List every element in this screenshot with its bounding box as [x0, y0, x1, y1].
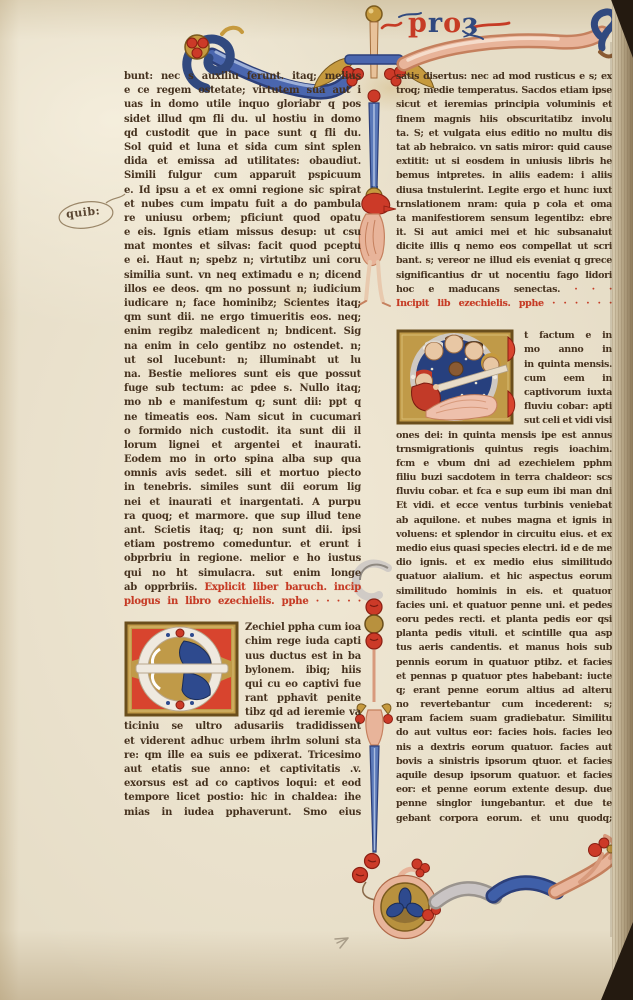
text-line: o formido nich custodit. ita sunt dii il: [124, 425, 361, 439]
text-line: Simili fulgur cum apparuit pspicuum: [124, 169, 361, 183]
text-line: chim rege iuda capti: [245, 635, 361, 649]
running-title: proȝ: [408, 8, 480, 39]
text-line: diusa tnstulerint. Legite ergo et hunc i…: [396, 184, 612, 198]
text-line: hoc e maducans senectas. · · ·: [396, 283, 612, 297]
left-column-main-text: bunt: nec s auxiliu ferunt. itaq; melius…: [124, 70, 361, 609]
text-line: similia sunt. vn neq extimadu e n; dicen…: [124, 269, 361, 283]
text-line: tibz qd ad ieremie va: [245, 706, 361, 720]
text-line: medio eius quasi species electri. id e d…: [396, 542, 612, 556]
text-line: aquile desup ipsorum quatuor. et facies: [396, 769, 612, 783]
text-line: dio ignis. et ex medio eius similitudo: [396, 556, 612, 570]
text-line: et pennas p quatuor ptes habebant: iucte: [396, 670, 612, 684]
text-line: ra quoq; et marmore. que sup illud tene: [124, 510, 361, 524]
text-line: et nubes cum impatu fuit a do pambula: [124, 198, 361, 212]
text-line: na. Bestie meliores sunt eis que possut: [124, 368, 361, 382]
drollery-figure-icon: [359, 186, 396, 306]
book-page-edge: [612, 0, 633, 1000]
text-line: rant pphavit penite: [245, 692, 361, 706]
text-line: et viderent adhuc urbem ihrlm soluni sta: [124, 735, 361, 749]
text-line: voluens: et splendor in circuitu eius. e…: [396, 528, 612, 542]
text-line: e. Id ipsu a et ex omni regione sic spir…: [124, 184, 361, 198]
text-line: sut celi et vidi visi: [524, 414, 612, 428]
text-line: ant. Scietis itaq; q; non sunt dii. ipsi: [124, 524, 361, 538]
text-line: quatuor aialium. et hic aspectus eorum: [396, 570, 612, 584]
text-line: it. Si aut amici mei et hic subsanaiut: [396, 226, 612, 240]
text-line: bovis a sinistris ipsorum qtuor. et faci…: [396, 755, 612, 769]
text-line: fcm e vbum dni ad ezechielem pphm: [396, 457, 612, 471]
text-line: tempore licet postio: hic in chaldea: ih…: [124, 791, 361, 805]
text-line: trnslationem nram: quia p cola et oma: [396, 198, 612, 212]
text-line: ticiniu se ultro adusariis tradidissent: [124, 720, 361, 734]
running-title-letter: p: [408, 8, 428, 39]
text-line: ut sol lucebunt: n; illuminabt ut lu: [124, 354, 361, 368]
text-line: uas in domo utile inquo gloriabr q pos: [124, 98, 361, 112]
text-line: captivorum iuxta: [524, 386, 612, 400]
text-line: aut etatis sue anno: et captivitatis .v.: [124, 763, 361, 777]
left-column-lower-text: ticiniu se ultro adusariis tradidissente…: [124, 720, 361, 819]
running-title-letter: o: [443, 8, 462, 39]
text-line: uus ductus est in ba: [245, 650, 361, 664]
text-line: t factum e in tricesi: [524, 329, 612, 343]
text-line: qm sunt dii. ne ergo timueritis eos. neq…: [124, 311, 361, 325]
historiated-initial-E-ezekiel: [396, 329, 518, 425]
text-line: lorum lignei et argentei et inaurati.: [124, 439, 361, 453]
text-line: ab opprbriis. Explicit liber baruch. inc…: [124, 581, 361, 595]
text-line: obprbriu in regione. melior e ho iustus: [124, 552, 361, 566]
text-line: ta manifestiorem sensum legentibz: ebre: [396, 212, 612, 226]
text-line: sicut et ieremias principia voluminis et: [396, 98, 612, 112]
text-line: troq; medie temperatus. Sacdos etiam ips…: [396, 84, 612, 98]
text-line: illos ee deos. qm no possunt n; iudicium: [124, 283, 361, 297]
bottom-acanthus-icon: [335, 836, 631, 948]
text-line: extitit: ut si eosdem in uniusis libris …: [396, 155, 612, 169]
text-line: bant. s; vereor ne illud eis eveniat q g…: [396, 254, 612, 268]
text-line: satis disertus: nec ad mod rusticus e s;…: [396, 70, 612, 84]
right-column-main-text: satis disertus: nec ad mod rusticus e s;…: [396, 70, 612, 311]
text-line: tus aeris candentis. et manus hois sub: [396, 641, 612, 655]
text-line: re uniusu orbem; pficiunt quod opatu: [124, 212, 361, 226]
text-line: facies uni. et quatuor penne uni. et ped…: [396, 599, 612, 613]
text-line: qram faciem suam gradiebatur. Similitu: [396, 712, 612, 726]
running-title-letter: ȝ: [462, 8, 479, 39]
text-line: qd custodit que in pace sunt q fli du.: [124, 127, 361, 141]
text-line: mo anno in quarto: [524, 343, 612, 357]
text-line: finem magnis hiis obscuritatibz involu: [396, 113, 612, 127]
text-line: planta pedis vituli. et scintille qua as…: [396, 627, 612, 641]
text-line: fluviu cobar: apti: [524, 400, 612, 414]
prologue-initial-block: Zechiel ppha cum ioachim rege iuda capti…: [124, 621, 361, 720]
text-line: do aut vultus eor: facies hois. facies l…: [396, 726, 612, 740]
text-line: nei et inaurati et inargentati. A purpu: [124, 496, 361, 510]
text-line: bemus intpretes. in aliis eadem: i aliis: [396, 169, 612, 183]
text-line: Zechiel ppha cum ioa: [245, 621, 361, 635]
text-line: Incipit lib ezechielis. pphe · · · · · ·: [396, 297, 612, 311]
text-line: tat ab hebraico. vn satis miror: quid ca…: [396, 141, 612, 155]
text-line: re: qm ille ea suis ee pdixerat. Tricesi…: [124, 749, 361, 763]
text-line: eor: et penne eorum extente desup. due: [396, 783, 612, 797]
text-line: mat montes et silvas: facit quod pceptu: [124, 240, 361, 254]
text-line: e ei. Haut n; spebz n; virtutibz uni cor…: [124, 254, 361, 268]
text-line: ne timeatis eos. Nam sicut in cucumari: [124, 411, 361, 425]
text-line: pennis eorum in quatuor ptibz. et facies: [396, 656, 612, 670]
text-line: e eis. Ignis etiam missus desup: ut csu: [124, 226, 361, 240]
text-line: filiu buzi sacdotem in terra chaldeor: s…: [396, 471, 612, 485]
text-line: sidet illud qm fli du. ul hostiu in domo: [124, 113, 361, 127]
text-line: bunt: nec s auxiliu ferunt. itaq; melius: [124, 70, 361, 84]
text-line: ab aquilone. et nubes magna et ignis in: [396, 514, 612, 528]
text-line: gebant corpora eorum. et unu quodq;: [396, 812, 612, 826]
text-line: mias in iudea pphaverunt. Smo eius: [124, 806, 361, 820]
text-line: cum eem in medio: [524, 372, 612, 386]
text-line: penne singlor iungebantur. et due te: [396, 797, 612, 811]
text-line: plogus in libro ezechielis. pphe · · · ·…: [124, 595, 361, 609]
right-text-column: satis disertus: nec ad mod rusticus e s;…: [396, 70, 612, 826]
manuscript-page: proȝ quib: bunt: nec s auxiliu ferunt. i…: [0, 0, 633, 1000]
text-line: Et vidi. et ecce ventus turbinis venieba…: [396, 499, 612, 513]
text-line: in tenebris. similes sunt dii eorum lig: [124, 481, 361, 495]
left-text-column: bunt: nec s auxiliu ferunt. itaq; melius…: [124, 70, 361, 820]
text-line: no revertebantur cum incederent: s; unuq…: [396, 698, 612, 712]
text-line: nis a dextris eorum quatuor. facies aut: [396, 741, 612, 755]
prologue-wrapped-text: Zechiel ppha cum ioachim rege iuda capti…: [245, 621, 361, 720]
illuminated-initial-E-prologue: [124, 621, 239, 717]
margin-gloss: quib:: [65, 204, 100, 220]
text-line: omnis avis sedet. sili et mortuo piecto: [124, 467, 361, 481]
text-line: e ce regem ostetate; virtutem sua aut i: [124, 84, 361, 98]
text-line: fuge sub tectum: ac pdee s. Nullo itaq;: [124, 382, 361, 396]
text-line: Eodem mo in orto spina alba sup qua: [124, 453, 361, 467]
running-title-letter: r: [428, 8, 443, 39]
text-line: trnsmigrationis quintus regis ioachim.: [396, 443, 612, 457]
text-line: similitudo hominis in eis. et quatuor: [396, 585, 612, 599]
text-line: eoru pedes recti. et planta pedis eor qs…: [396, 613, 612, 627]
text-line: ta. S; et vulgata eius editio no multu d…: [396, 127, 612, 141]
text-line: enim regibz maledicent n; bndicent. Sig: [124, 325, 361, 339]
text-line: qui cu eo captivi fue: [245, 678, 361, 692]
text-line: etiam postremo comeduntur. et erunt i: [124, 538, 361, 552]
text-line: iudicare n; face hominibz; Scientes itaq…: [124, 297, 361, 311]
text-line: qui no ht simulacra. sut enim longe: [124, 567, 361, 581]
text-line: mo nb e manifestum q; sunt dii: ppt q: [124, 396, 361, 410]
text-line: ones dei: in quinta mensis ipe est annus: [396, 429, 612, 443]
text-line: dicite illis q nemo eos compellat ut scr…: [396, 240, 612, 254]
text-line: na enim in celo gentibz no ostendet. n;: [124, 340, 361, 354]
text-line: Sol quid et luna et sida cum sint splen: [124, 141, 361, 155]
text-line: exorsus est ad co captivos loqui: et eod: [124, 777, 361, 791]
ezekiel-wrapped-text: t factum e in tricesimo anno in quartoin…: [524, 329, 612, 428]
text-line: bylonem. ibiq; hiis: [245, 664, 361, 678]
text-line: dida et emissa ad utilitates: obaudiut.: [124, 155, 361, 169]
text-line: fluviu cobar. et fca e sup eum ibi man d…: [396, 485, 612, 499]
text-line: in quinta mensis.: [524, 358, 612, 372]
ezekiel-initial-block: t factum e in tricesimo anno in quartoin…: [396, 329, 612, 428]
text-line: q; erant penne eorum altius ad alteru: [396, 684, 612, 698]
text-line: significantius dr ut nocentiu fago lidor…: [396, 269, 612, 283]
page-crease: [610, 42, 612, 937]
right-column-lower-text: ones dei: in quinta mensis ipe est annus…: [396, 429, 612, 826]
